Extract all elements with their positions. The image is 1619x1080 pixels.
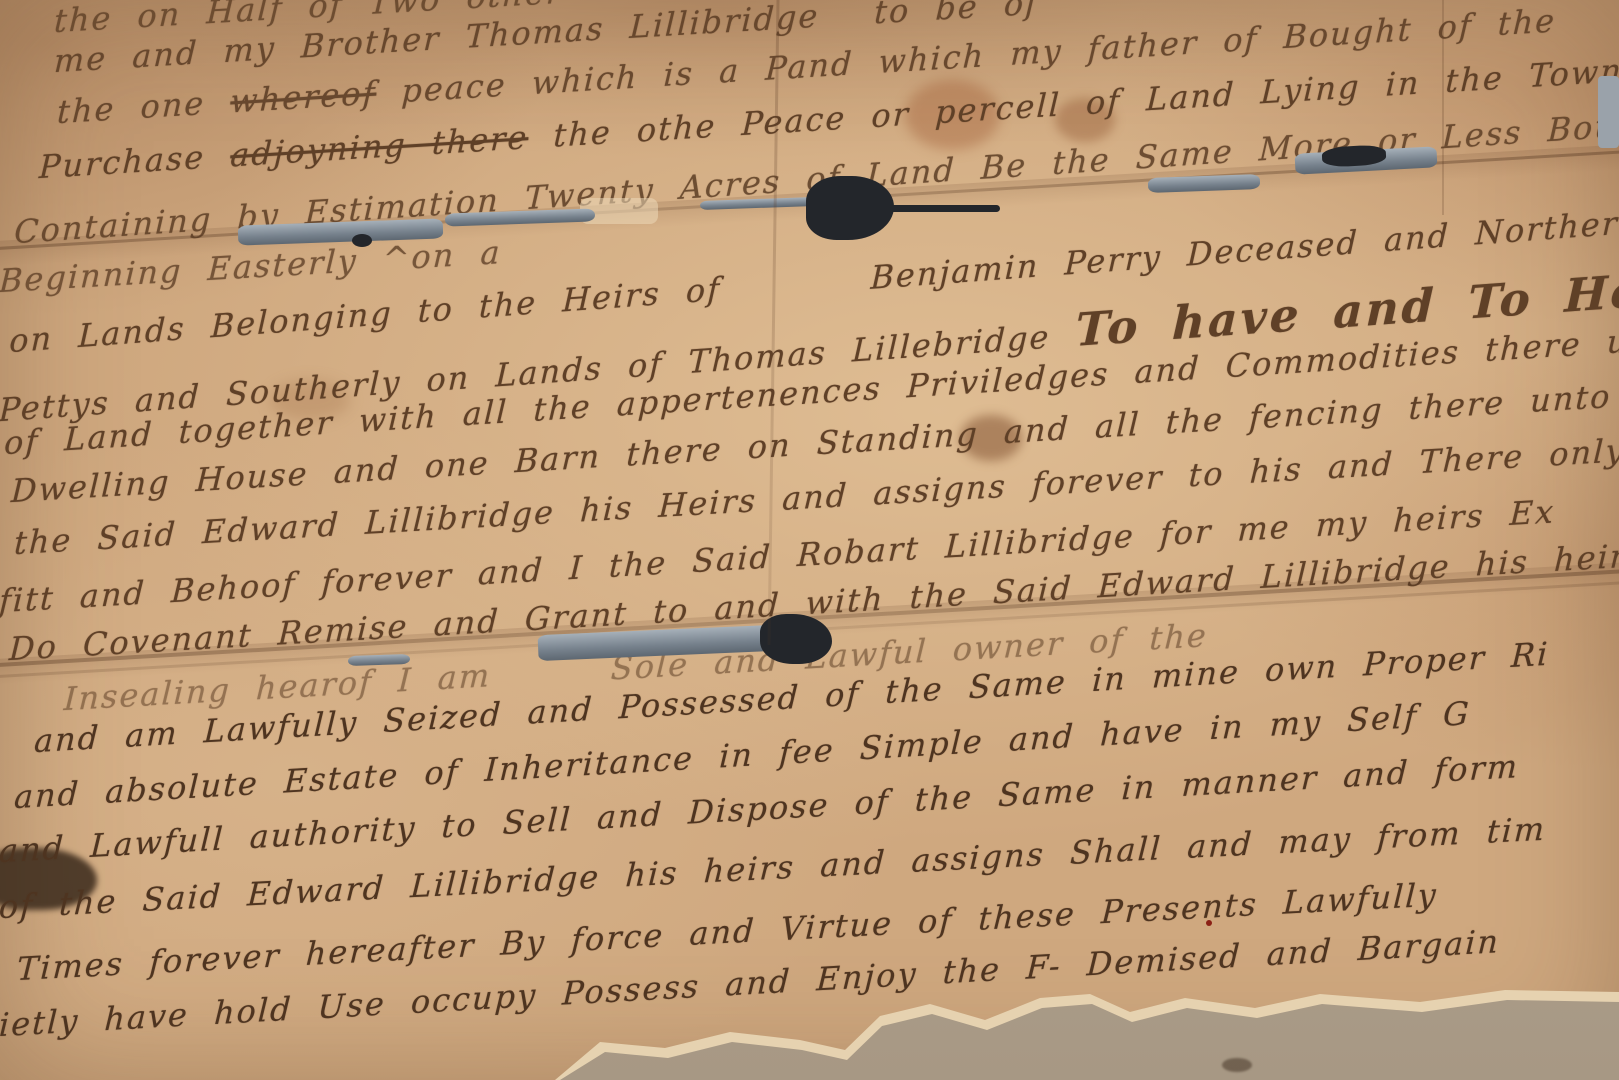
backing-stain: [1222, 1058, 1252, 1072]
document-photo: the on Half of Two otherme and my Brothe…: [0, 0, 1619, 1080]
struck-out-text: adjoyning there: [230, 118, 530, 174]
handwritten-text: to be of: [873, 0, 1039, 31]
vertical-crease-right: [1442, 0, 1444, 215]
handwritten-text: the one: [56, 82, 231, 131]
struck-out-text: whereof: [230, 73, 378, 120]
tear-streak-right: [890, 205, 1000, 212]
illegible-gap: [721, 257, 872, 300]
illegible-gap: [819, 0, 875, 27]
photo-edge-gray-top-right: [1598, 76, 1619, 148]
tear-nick: [352, 234, 372, 247]
handwritten-text: Purchase: [38, 136, 231, 186]
